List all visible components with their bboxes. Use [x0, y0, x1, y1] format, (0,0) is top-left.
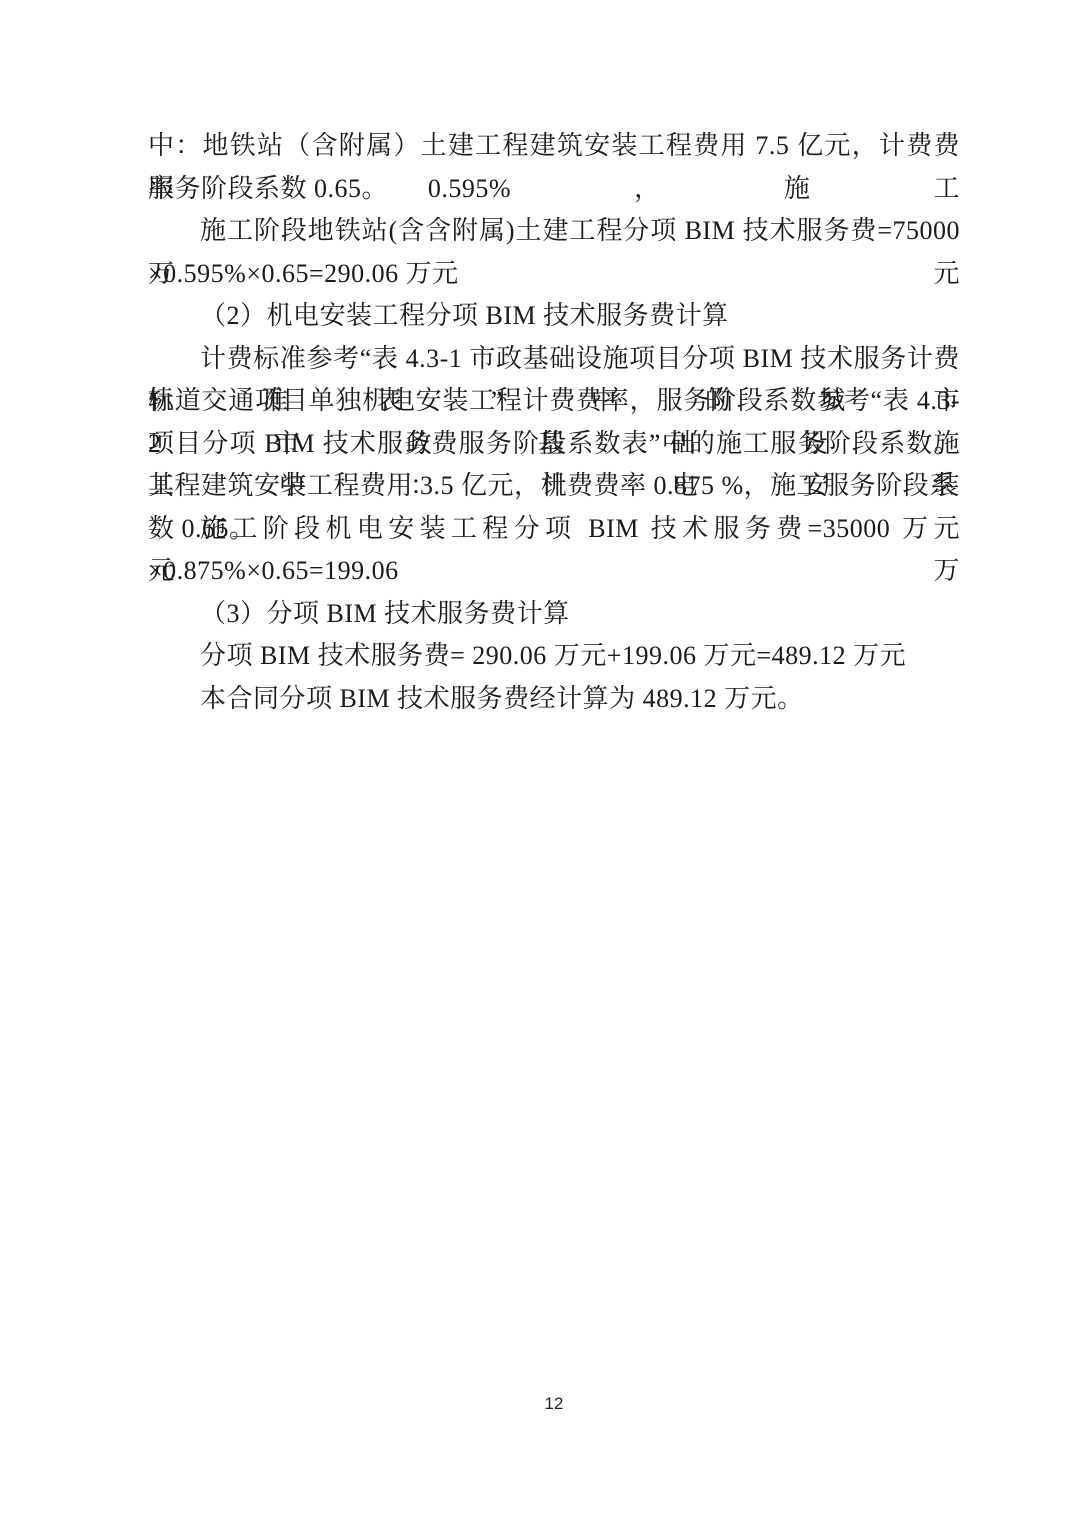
text-line-section-heading: （2）机电安装工程分项 BIM 技术服务费计算: [148, 295, 960, 338]
text-line: 本合同分项 BIM 技术服务费经计算为 489.12 万元。: [148, 678, 960, 721]
text-line: 计费标准参考“表 4.3-1 市政基础设施项目分项 BIM 技术服务计费标准表”…: [148, 338, 960, 381]
text-line-section-heading: （3）分项 BIM 技术服务费计算: [148, 593, 960, 636]
text-line: 中：地铁站（含附属）土建工程建筑安装工程费用 7.5 亿元，计费费率 0.595…: [148, 125, 960, 168]
text-line: 施工阶段地铁站(含含附属)土建工程分项 BIM 技术服务费=75000 万元: [148, 210, 960, 253]
text-line: 分项 BIM 技术服务费= 290.06 万元+199.06 万元=489.12…: [148, 635, 960, 678]
text-line: 施工阶段机电安装工程分项 BIM 技术服务费=35000 万元×0.875%×0…: [148, 508, 960, 551]
text-line: 轨道交通项目单独机电安装工程计费费率，服务阶段系数参考“表 4.3-2 市政基础…: [148, 380, 960, 423]
document-body-text: 中：地铁站（含附属）土建工程建筑安装工程费用 7.5 亿元，计费费率 0.595…: [148, 125, 960, 720]
page-number: 12: [148, 1392, 960, 1416]
text-line: 工程建筑安装工程费用 3.5 亿元，计费费率 0.875 %，施工服务阶段系数 …: [148, 465, 960, 508]
text-line: 项目分项 BIM 技术服务费服务阶段系数表”中的施工服务阶段系数。其中：机电安装: [148, 423, 960, 466]
document-page: 中：地铁站（含附属）土建工程建筑安装工程费用 7.5 亿元，计费费率 0.595…: [0, 0, 1080, 1527]
